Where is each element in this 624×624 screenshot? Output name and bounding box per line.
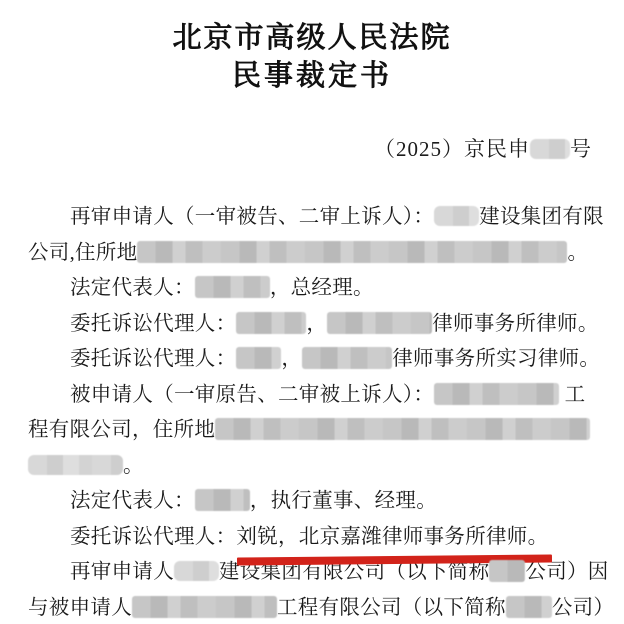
document-line: 法定代表人：，执行董事、经理。	[28, 484, 610, 520]
document-line: 。	[28, 449, 610, 485]
line-text: 公司）	[552, 597, 614, 619]
redaction-box	[530, 139, 570, 159]
document-line: 委托诉讼代理人：，律师事务所实习律师。	[28, 342, 610, 378]
document-line: 再审申请人（一审被告、二审上诉人）：建设集团有限	[28, 200, 610, 236]
document-line: 法定代表人：，总经理。	[28, 271, 610, 307]
line-text: 法定代表人：	[70, 277, 195, 299]
document-line: 程有限公司，住所地	[28, 413, 610, 449]
line-text: 再审申请人（一审被告、二审上诉人）：	[70, 206, 434, 228]
line-text: 律师事务所律师。	[432, 313, 598, 335]
document-title: 民事裁定书	[0, 57, 624, 96]
line-text: 工	[559, 384, 585, 406]
document-page: 北京市高级人民法院 民事裁定书 （2025）京民申号 再审申请人（一审被告、二审…	[0, 0, 624, 624]
redaction-box	[174, 561, 219, 581]
document-line: 被申请人（一审原告、二审被上诉人）： 工	[28, 378, 610, 414]
line-text: 。	[123, 455, 144, 477]
line-text: 公司）因	[525, 561, 608, 583]
document-body: 再审申请人（一审被告、二审上诉人）：建设集团有限公司,住所地。法定代表人：，总经…	[0, 200, 624, 624]
line-text: 与被申请人	[28, 597, 132, 619]
redaction-box	[434, 383, 559, 405]
case-number-prefix: （2025）京民申	[374, 137, 530, 161]
line-text: ，	[306, 313, 327, 335]
line-text: 委托诉讼代理人：	[70, 313, 236, 335]
redaction-box	[434, 206, 479, 226]
court-name: 北京市高级人民法院	[0, 20, 624, 57]
line-text: 程有限公司，住所地	[28, 419, 215, 441]
redaction-box	[236, 312, 306, 334]
line-text: 建设集团有限	[479, 206, 604, 228]
redaction-box	[489, 560, 525, 582]
redaction-box	[137, 241, 567, 263]
redaction-box	[236, 347, 281, 369]
line-text: 委托诉讼代理人：	[70, 526, 236, 548]
redaction-box	[327, 312, 432, 334]
line-text: 。	[567, 242, 588, 264]
line-text: ，	[281, 348, 302, 370]
case-number-line: （2025）京民申号	[0, 134, 624, 164]
line-text: 再审申请人	[70, 561, 174, 583]
line-text: 律师事务所实习律师。	[392, 348, 600, 370]
redaction-box	[506, 596, 552, 618]
case-number-suffix: 号	[570, 137, 592, 161]
redaction-box	[132, 596, 277, 618]
document-line: 公司,住所地。	[28, 236, 610, 272]
line-text: 被申请人（一审原告、二审被上诉人）：	[70, 384, 434, 406]
red-underlined-text: 刘锐，北京嘉潍律师事务所律师。	[236, 520, 548, 556]
redaction-box	[195, 276, 270, 298]
document-line: 委托诉讼代理人：，律师事务所律师。	[28, 307, 610, 343]
line-text: 委托诉讼代理人：	[70, 348, 236, 370]
line-text: 法定代表人：	[70, 490, 195, 512]
redaction-box	[302, 347, 392, 369]
redaction-box	[215, 418, 590, 440]
line-text: ，总经理。	[270, 277, 374, 299]
document-line: 与被申请人工程有限公司（以下简称公司）	[28, 591, 610, 624]
line-text: ，执行董事、经理。	[250, 490, 437, 512]
line-text: 工程有限公司（以下简称	[277, 597, 506, 619]
document-line: 委托诉讼代理人：刘锐，北京嘉潍律师事务所律师。	[28, 520, 610, 556]
redaction-box	[28, 455, 123, 475]
line-text: 公司,住所地	[28, 242, 137, 264]
redaction-box	[195, 489, 250, 511]
